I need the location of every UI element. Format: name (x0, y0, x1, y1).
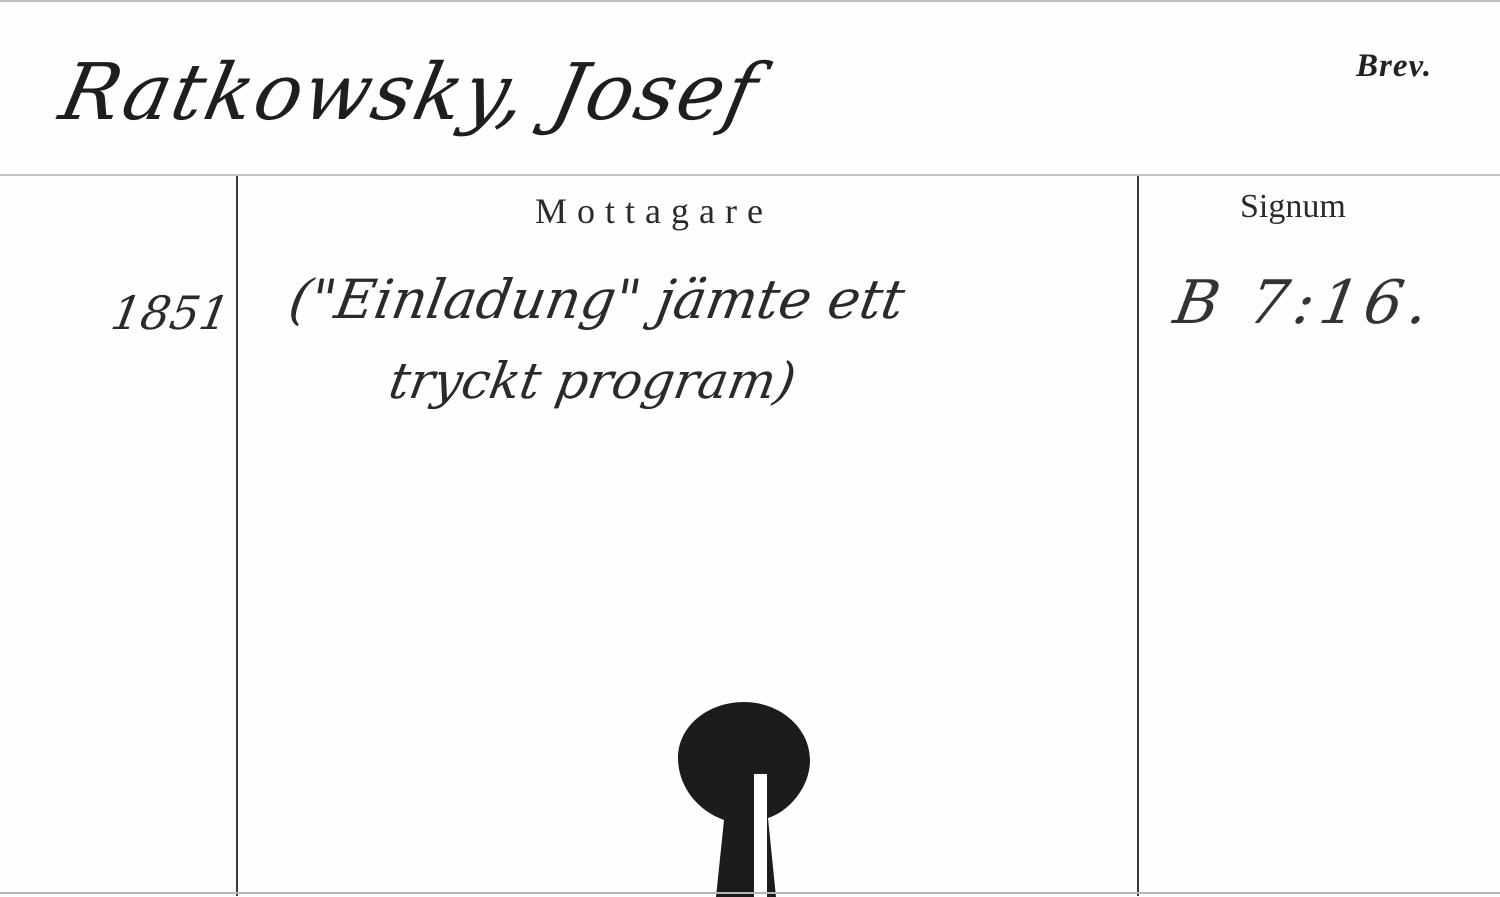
bottom-edge (0, 892, 1500, 894)
entry-signum: B 7:16. (1169, 268, 1440, 338)
entry-description-line1: ("Einladung" jämte ett (284, 268, 909, 331)
year-column-divider (236, 176, 238, 896)
signum-column-divider (1137, 176, 1139, 896)
catalog-card: Ratkowsky, Josef Brev. Mottagare Signum … (0, 0, 1500, 897)
entry-description-line2: tryckt program) (385, 352, 800, 410)
recipient-column-header: Mottagare (535, 190, 773, 232)
document-type-label: Brev. (1356, 48, 1432, 85)
signum-column-header: Signum (1240, 188, 1346, 226)
punch-hole-icon (676, 700, 816, 897)
top-edge (0, 0, 1500, 2)
person-name: Ratkowsky, Josef (52, 48, 766, 138)
entry-year: 1851 (107, 286, 234, 340)
header-divider (0, 174, 1500, 176)
